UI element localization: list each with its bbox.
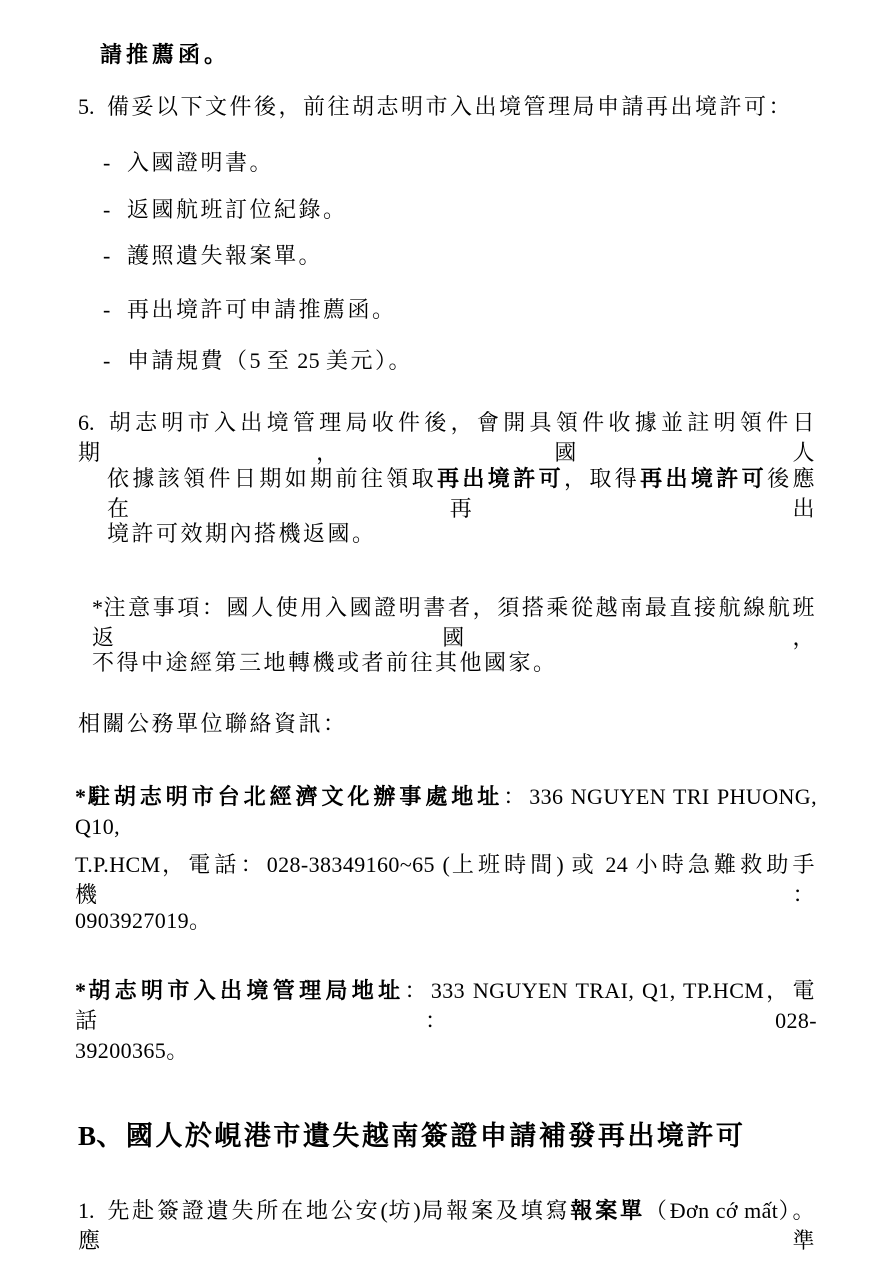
dash-bullet: - <box>103 295 127 325</box>
line-text: 申請規費（5 至 25 美元）。 <box>127 348 413 373</box>
numbered-item-6-line-1: 6.胡志明市入出境管理局收件後，會開具領件收據並註明領件日期，國人 <box>78 408 817 468</box>
section-b-numbered-item-1: 1.先赴簽證遺失所在地公安(坊)局報案及填寫報案單（Đơn cớ mất）。應準 <box>78 1196 817 1256</box>
line-text: 依據該領件日期如期前往領取再出境許可，取得再出境許可後應在再出 <box>107 466 817 521</box>
dash-bullet: - <box>103 241 127 271</box>
sub-list-item-recommendation-letter: -再出境許可申請推薦函。 <box>103 295 397 325</box>
sub-list-item-application-fee: -申請規費（5 至 25 美元）。 <box>103 346 413 376</box>
numbered-item-6-line-3: 境許可效期內搭機返國。 <box>107 519 377 549</box>
numbered-item-6-line-2: 依據該領件日期如期前往領取再出境許可，取得再出境許可後應在再出 <box>107 464 817 524</box>
item-number: 6. <box>78 408 107 438</box>
line-text: *胡志明市入出境管理局地址：333 NGUYEN TRAI, Q1, TP.HC… <box>75 978 817 1033</box>
note-line-1: *注意事項：國人使用入國證明書者，須搭乘從越南最直接航線航班返國， <box>92 593 817 653</box>
teco-hcm-address-line-1: *駐胡志明市台北經濟文化辦事處地址：336 NGUYEN TRI PHUONG,… <box>75 782 817 842</box>
teco-hcm-address-line-2: T.P.HCM，電話：028-38349160~65 (上班時間) 或 24 小… <box>75 850 817 910</box>
item-number: 1. <box>78 1196 107 1226</box>
line-text: 0903927019。 <box>75 908 214 933</box>
line-text: 護照遺失報案單。 <box>127 243 323 268</box>
item-number: 5. <box>78 92 107 122</box>
line-text: *注意事項：國人使用入國證明書者，須搭乘從越南最直接航線航班返國， <box>92 595 817 650</box>
dash-bullet: - <box>103 346 127 376</box>
contact-info-heading: 相關公務單位聯絡資訊： <box>78 709 348 739</box>
immigration-office-address-line-1: *胡志明市入出境管理局地址：333 NGUYEN TRAI, Q1, TP.HC… <box>75 976 817 1036</box>
heading-text: B、國人於峴港市遺失越南簽證申請補發再出境許可 <box>78 1121 745 1151</box>
section-b-heading: B、國人於峴港市遺失越南簽證申請補發再出境許可 <box>78 1118 745 1154</box>
dash-bullet: - <box>103 195 127 225</box>
sub-list-item-entry-certificate: -入國證明書。 <box>103 148 274 178</box>
line-text: T.P.HCM，電話：028-38349160~65 (上班時間) 或 24 小… <box>75 852 817 907</box>
line-text: *駐胡志明市台北經濟文化辦事處地址：336 NGUYEN TRI PHUONG,… <box>75 784 817 839</box>
line-text: 返國航班訂位紀錄。 <box>127 197 348 222</box>
line-text: 備妥以下文件後，前往胡志明市入出境管理局申請再出境許可： <box>107 94 793 119</box>
sub-list-item-police-report: -護照遺失報案單。 <box>103 241 323 271</box>
line-text: 請推薦函。 <box>100 42 230 67</box>
line-text: 胡志明市入出境管理局收件後，會開具領件收據並註明領件日期，國人 <box>78 410 817 465</box>
dash-bullet: - <box>103 148 127 178</box>
sub-list-item-flight-booking: -返國航班訂位紀錄。 <box>103 195 348 225</box>
line-text: 相關公務單位聯絡資訊： <box>78 711 348 736</box>
line-text: 境許可效期內搭機返國。 <box>107 521 377 546</box>
line-text: 再出境許可申請推薦函。 <box>127 297 397 322</box>
line-text: 39200365。 <box>75 1038 191 1063</box>
note-line-2: 不得中途經第三地轉機或者前往其他國家。 <box>92 648 558 678</box>
immigration-office-address-line-2: 39200365。 <box>75 1036 191 1066</box>
numbered-item-5: 5.備妥以下文件後，前往胡志明市入出境管理局申請再出境許可： <box>78 92 793 122</box>
line-text: 入國證明書。 <box>127 150 274 175</box>
document-page: 請推薦函。 5.備妥以下文件後，前往胡志明市入出境管理局申請再出境許可： -入國… <box>0 0 880 1280</box>
line-text: 不得中途經第三地轉機或者前往其他國家。 <box>92 650 558 675</box>
teco-hcm-address-line-3: 0903927019。 <box>75 906 214 936</box>
continuation-line: 請推薦函。 <box>100 40 230 70</box>
line-text: 先赴簽證遺失所在地公安(坊)局報案及填寫報案單（Đơn cớ mất）。應準 <box>78 1198 817 1253</box>
